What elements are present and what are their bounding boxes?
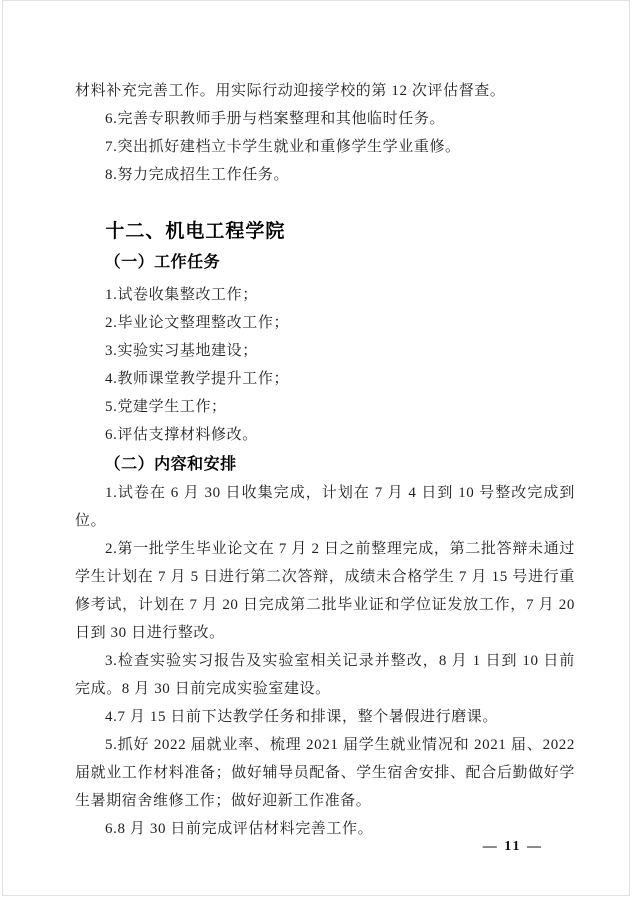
section-heading: 十二、机电工程学院 — [75, 217, 575, 247]
arrangement-paragraph-1: 1.试卷在 6 月 30 日收集完成，计划在 7 月 4 日到 10 号整改完成… — [75, 479, 575, 535]
closing-item-6: 6.完善专职教师手册与档案整理和其他临时任务。 — [75, 105, 575, 133]
arrangement-paragraph-4: 4.7 月 15 日前下达教学任务和排课，整个暑假进行磨课。 — [75, 703, 575, 731]
closing-item-7: 7.突出抓好建档立卡学生就业和重修学生学业重修。 — [75, 133, 575, 161]
arrangement-paragraph-5: 5.抓好 2022 届就业率、梳理 2021 届学生就业情况和 2021 届、2… — [75, 731, 575, 815]
closing-item-8: 8.努力完成招生工作任务。 — [75, 161, 575, 189]
subsection-heading-tasks: （一）工作任务 — [75, 249, 575, 277]
page-number: — 11 — — [483, 839, 543, 855]
task-item-3: 3.实验实习基地建设； — [75, 337, 575, 365]
arrangement-paragraph-2: 2.第一批学生毕业论文在 7 月 2 日之前整理完成，第二批答辩未通过学生计划在… — [75, 535, 575, 647]
document-page: 材料补充完善工作。用实际行动迎接学校的第 12 次评估督查。 6.完善专职教师手… — [2, 0, 630, 896]
arrangement-paragraphs: 1.试卷在 6 月 30 日收集完成，计划在 7 月 4 日到 10 号整改完成… — [75, 479, 575, 843]
arrangement-paragraph-3: 3.检查实验实习报告及实验室相关记录并整改，8 月 1 日到 10 日前完成。8… — [75, 647, 575, 703]
task-item-2: 2.毕业论文整理整改工作； — [75, 309, 575, 337]
paragraph-continuation: 材料补充完善工作。用实际行动迎接学校的第 12 次评估督查。 — [75, 77, 575, 105]
task-item-4: 4.教师课堂教学提升工作； — [75, 365, 575, 393]
task-item-1: 1.试卷收集整改工作； — [75, 281, 575, 309]
task-item-5: 5.党建学生工作； — [75, 393, 575, 421]
document-content: 材料补充完善工作。用实际行动迎接学校的第 12 次评估督查。 6.完善专职教师手… — [75, 77, 575, 843]
task-item-6: 6.评估支撑材料修改。 — [75, 421, 575, 449]
subsection-heading-arrangement: （二）内容和安排 — [75, 451, 575, 479]
task-list: 1.试卷收集整改工作； 2.毕业论文整理整改工作； 3.实验实习基地建设； 4.… — [75, 281, 575, 449]
